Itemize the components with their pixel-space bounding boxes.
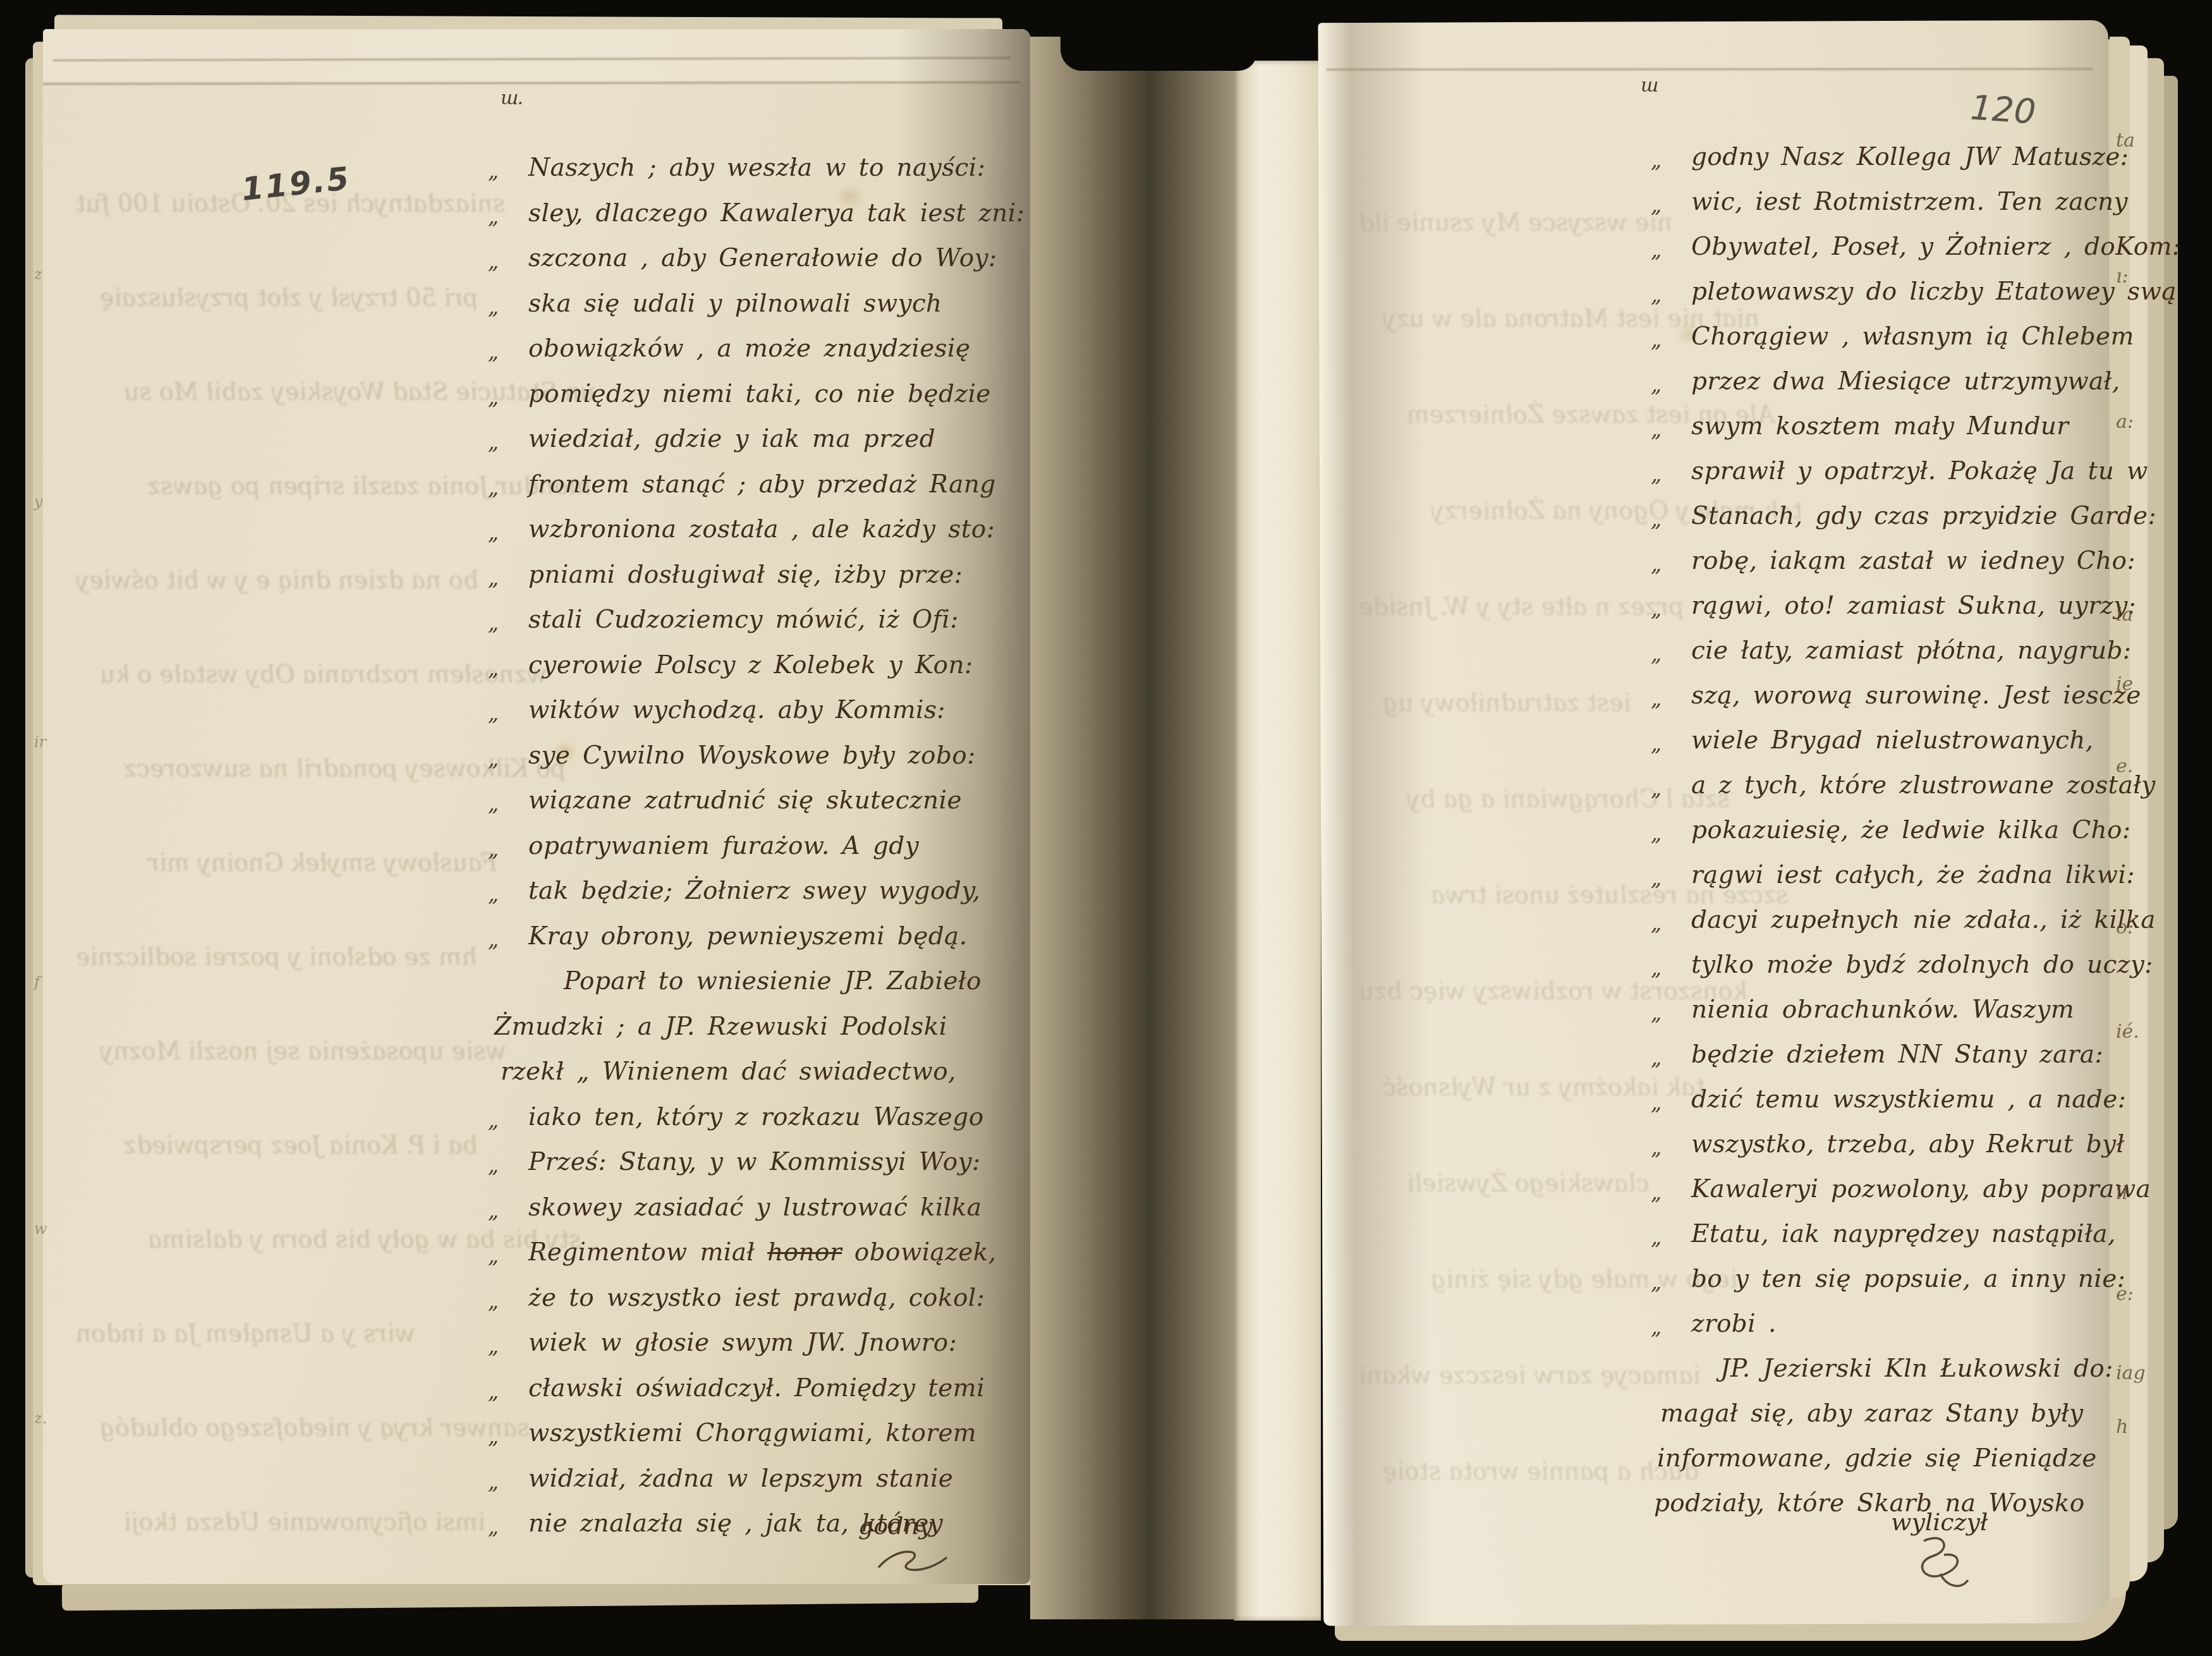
line-text: wiek w głosie swym JW. Jnowro: (528, 1329, 957, 1357)
line-text: sprawił y opatrzył. Pokażę Ja tu w (1691, 457, 2148, 485)
quote-mark: „ (488, 1109, 528, 1132)
manuscript-line: „Etatu, iak nayprędzey nastąpiła, (1651, 1221, 2116, 1248)
manuscript-line: „Naszych ; aby weszła w to nayści: (488, 155, 985, 182)
quote-mark: „ (1651, 239, 1691, 262)
left-catchword: godny (858, 1512, 932, 1540)
manuscript-line: „wic, iest Rotmistrzem. Ten zacny (1651, 189, 2128, 216)
line-text: Kray obrony, pewnieyszemi będą. (528, 922, 967, 951)
edge-ink-fragment: z (34, 265, 42, 283)
line-text: wiązane zatrudnić się skutecznie (528, 786, 962, 815)
quote-mark: „ (488, 160, 528, 183)
line-text: robę, iakąm zastał w iedney Cho: (1691, 547, 2136, 575)
quote-mark: „ (1651, 508, 1691, 531)
manuscript-line: „obowiązków , a może znaydziesię (488, 336, 970, 363)
page-crease (43, 82, 1020, 85)
quote-mark: „ (1651, 777, 1691, 800)
edge-ink-fragment: ta (2116, 130, 2135, 152)
bleedthrough-line: hm ze odsłoni y pozrei sodlicznie (75, 943, 478, 971)
quote-mark: „ (488, 567, 528, 590)
edge-ink-fragment: e: (2116, 1283, 2134, 1305)
edge-ink-fragment: w (34, 1220, 47, 1238)
edge-ink-fragment: f (34, 973, 40, 991)
line-text: Naszych ; aby weszła w to nayści: (528, 154, 985, 182)
line-text: a z tych, które zlustrowane zostały (1691, 771, 2156, 800)
quote-mark: „ (1651, 957, 1691, 980)
manuscript-line: „sley, dlaczego Kawalerya tak iest zni: (488, 200, 1024, 228)
manuscript-line: „Regimentow miał honor obowiązek, (488, 1239, 997, 1267)
bleedthrough-line: clawskiego Żywsieli (1406, 1169, 1651, 1197)
manuscript-line: „Kray obrony, pewnieyszemi będą. (488, 923, 967, 951)
line-text: tak będzie; Żołnierz swey wygody, (528, 877, 980, 905)
quote-mark: „ (1651, 1181, 1691, 1204)
line-text: że to wszystko iest prawdą, cokol: (528, 1284, 985, 1312)
manuscript-line: „pletowawszy do liczby Etatowey swą (1651, 279, 2177, 306)
gutter-top-shadow (1060, 0, 1256, 71)
manuscript-line: „robę, iakąm zastał w iedney Cho: (1651, 548, 2136, 575)
manuscript-line: „dacyi zupełnych nie zdała., iż kilka (1651, 907, 2156, 934)
line-text: wzbroniona została , ale każdy sto: (528, 515, 995, 544)
quote-mark: „ (488, 657, 528, 680)
page-crease (1326, 68, 2093, 71)
left-catchword-flourish (872, 1542, 961, 1580)
line-text: nienia obrachunków. Waszym (1691, 995, 2074, 1024)
line-text: swym kosztem mały Mundur (1691, 412, 2069, 441)
bleedthrough-line: iest zatrudniłowy ug (1382, 689, 1633, 717)
bleedthrough-line: bo na dzien dnią e y w bit oświey (75, 566, 480, 594)
edge-ink-fragment: h (2116, 1416, 2128, 1438)
manuscript-line: „szą, worową surowinę. Jest iescze (1651, 683, 2141, 710)
quote-mark: „ (488, 1245, 528, 1267)
line-text: skowey zasiadać y lustrować kilka (528, 1193, 981, 1222)
manuscript-line: „pniami dosługiwał się, iżby prze: (488, 562, 963, 589)
quote-mark: „ (1651, 733, 1691, 755)
line-text: Prześ: Stany, y w Kommissyi Woy: (528, 1148, 981, 1176)
manuscript-line: „swym kosztem mały Mundur (1651, 413, 2069, 441)
line-text: rzekł „ Winienem dać swiadectwo, (501, 1057, 956, 1086)
manuscript-line: „Kawaleryi pozwolony, aby poprawa (1651, 1176, 2151, 1203)
manuscript-line: „zrobi . (1651, 1311, 1777, 1338)
quote-mark: „ (488, 748, 528, 770)
manuscript-line: „a z tych, które zlustrowane zostały (1651, 772, 2156, 800)
manuscript-line: „szczona , aby Generałowie do Woy: (488, 245, 997, 272)
quote-mark: „ (1651, 1226, 1691, 1249)
line-text: będzie dziełem NN Stany zara: (1691, 1040, 2103, 1069)
line-text: Obywatel, Poseł, y Żołnierz , doKom: (1691, 233, 2181, 261)
manuscript-line: „tylko może bydź zdolnych do uczy: (1651, 952, 2153, 979)
manuscript-line: podziały, które Skarb na Woysko (1651, 1490, 2085, 1518)
manuscript-line: informowane, gdzie się Pieniądze (1651, 1446, 2097, 1473)
edge-ink-fragment: ir (34, 733, 46, 751)
quote-mark: „ (488, 341, 528, 363)
quote-mark: „ (1651, 149, 1691, 172)
line-text: wszystkiemi Chorągwiami, ktorem (528, 1419, 976, 1447)
quote-mark: „ (1651, 867, 1691, 890)
line-text: Chorągiew , własnym ią Chlebem (1691, 322, 2134, 351)
line-text: szą, worową surowinę. Jest iescze (1691, 681, 2141, 710)
quote-mark: „ (488, 928, 528, 951)
quote-mark: „ (1651, 912, 1691, 935)
quote-mark: „ (488, 838, 528, 861)
line-text: tylko może bydź zdolnych do uczy: (1691, 951, 2153, 979)
manuscript-line: „cie łaty, zamiast płótna, naygrub: (1651, 638, 2131, 665)
edge-ink-fragment: ié. (2116, 1021, 2139, 1043)
quote-mark: „ (1651, 598, 1691, 621)
quote-mark: „ (1651, 284, 1691, 307)
line-text: wiedział, gdzie y iak ma przed (528, 425, 935, 453)
inner-page-edge (1234, 61, 1321, 1621)
manuscript-line: „cyerowie Polscy z Kolebek y Kon: (488, 652, 973, 679)
manuscript-line: „wiele Brygad nielustrowanych, (1651, 728, 2094, 755)
book-gutter (1030, 37, 1236, 1619)
quote-mark: „ (1651, 643, 1691, 666)
quote-mark: „ (488, 205, 528, 228)
line-text: dzić temu wszystkiemu , a nade: (1691, 1085, 2126, 1114)
line-text: cie łaty, zamiast płótna, naygrub: (1691, 636, 2131, 665)
line-text: Stanach, gdy czas przyidzie Garde: (1691, 502, 2156, 530)
line-text: frontem stanąć ; aby przedaż Rang (528, 470, 996, 499)
manuscript-line: „stali Cudzoziemcy mówić, iż Ofi: (488, 607, 959, 634)
quote-mark: „ (1651, 1136, 1691, 1159)
bleedthrough-line: nie wszysce My zsunie ild (1358, 209, 1674, 236)
quote-mark: „ (488, 1200, 528, 1222)
line-text: stali Cudzoziemcy mówić, iż Ofi: (528, 606, 959, 634)
manuscript-line: „opatrywaniem furażow. A gdy (488, 833, 919, 860)
line-text: Żmudzki ; a JP. Rzewuski Podolski (494, 1013, 947, 1041)
line-text: bo y ten się popsuie, a inny nie: (1691, 1265, 2125, 1293)
line-text: widział, żadna w lepszym stanie (528, 1464, 953, 1493)
line-text: pomiędzy niemi taki, co nie będzie (528, 380, 991, 408)
quote-mark: „ (488, 521, 528, 544)
bleedthrough-line: sanwer kryą y niedofszego obludóg (99, 1414, 531, 1442)
line-text: iako ten, który z rozkazu Waszego (528, 1103, 984, 1131)
left-page-top-edge (43, 29, 1030, 81)
quote-mark: „ (1651, 418, 1691, 441)
quote-mark: „ (488, 250, 528, 273)
line-text: szczona , aby Generałowie do Woy: (528, 244, 997, 272)
line-text: Etatu, iak nayprędzey nastąpiła, (1691, 1220, 2116, 1248)
quote-mark: „ (488, 431, 528, 454)
line-text: podziały, które Skarb na Woysko (1654, 1489, 2085, 1518)
manuscript-line: „wiek w głosie swym JW. Jnowro: (488, 1330, 957, 1357)
quote-mark: „ (1651, 822, 1691, 845)
line-text: Kawaleryi pozwolony, aby poprawa (1691, 1175, 2151, 1203)
bleedthrough-line: wirs y a Usnąłem Ja a indon (75, 1320, 417, 1348)
manuscript-line: „pokazuiesię, że ledwie kilka Cho: (1651, 817, 2130, 844)
bleedthrough-line: Fausłowy smyłek Gnoiny mir (147, 849, 499, 877)
line-text: obowiązek, (842, 1238, 997, 1267)
line-text: ska się udali y pilnowali swych (528, 289, 942, 318)
quote-mark: „ (488, 1154, 528, 1177)
edge-ink-fragment: a: (2116, 411, 2134, 433)
manuscript-line: „wzbroniona została , ale każdy sto: (488, 516, 995, 544)
manuscript-line: „skowey zasiadać y lustrować kilka (488, 1195, 981, 1222)
quote-mark: „ (1651, 329, 1691, 351)
line-text: obowiązków , a może znaydziesię (528, 334, 970, 363)
quote-mark: „ (488, 1335, 528, 1358)
quote-mark: „ (488, 702, 528, 725)
manuscript-line: „rągwi, oto! zamiast Sukna, uyrzy: (1651, 593, 2136, 620)
quote-mark: „ (488, 1471, 528, 1494)
manuscript-line: „sprawił y opatrzył. Pokażę Ja tu w (1651, 458, 2148, 485)
line-text: Regimentow miał (528, 1238, 767, 1267)
edge-ink-fragment: ił (2116, 1182, 2128, 1204)
manuscript-line: „wiktów wychodzą. aby Kommis: (488, 697, 945, 724)
edge-ink-fragment: z. (34, 1409, 47, 1427)
line-text: Poparł to wniesienie JP. Zabieło (564, 967, 981, 995)
manuscript-scan: sniazdatnych ies 20. Ostoiu 100 futpri 5… (0, 0, 2212, 1656)
quote-mark: „ (1651, 688, 1691, 710)
quote-mark: „ (1651, 374, 1691, 396)
quote-mark: „ (488, 296, 528, 319)
fore-edge-stack (2130, 46, 2148, 1581)
bleedthrough-line: ba i P. Konia Joez perspwiedz (123, 1131, 480, 1159)
edge-ink-fragment: o: (2116, 916, 2134, 939)
line-text: pokazuiesię, że ledwie kilka Cho: (1691, 816, 2130, 844)
struck-word: honor (767, 1238, 842, 1267)
quote-mark: „ (488, 386, 528, 409)
manuscript-line: „wiązane zatrudnić się skutecznie (488, 788, 962, 815)
manuscript-line: „sye Cywilno Woyskowe były zobo: (488, 743, 976, 770)
line-text: JP. Jezierski Kln Łukowski do: (1720, 1355, 2113, 1383)
right-page-number: 120 (1969, 87, 2037, 131)
quote-mark: „ (1651, 1092, 1691, 1114)
edge-ink-fragment: e. (2116, 755, 2133, 777)
manuscript-line: „frontem stanąć ; aby przedaż Rang (488, 472, 996, 499)
line-text: informowane, gdzie się Pieniądze (1657, 1444, 2097, 1473)
bleedthrough-line: wznosłem rozbrania Oby wstałe o ku (99, 661, 549, 688)
manuscript-line: „widział, żadna w lepszym stanie (488, 1466, 953, 1493)
quote-mark: „ (488, 1425, 528, 1448)
quote-mark: „ (488, 793, 528, 815)
right-section-mark: ш (1641, 75, 1657, 97)
manuscript-line: „wszystko, trzeba, aby Rekrut był (1651, 1131, 2125, 1159)
manuscript-line: „ska się udali y pilnowali swych (488, 291, 942, 318)
line-text: zrobi . (1691, 1310, 1777, 1338)
line-text: przez dwa Miesiące utrzymywał, (1691, 367, 2120, 396)
quote-mark: „ (488, 883, 528, 906)
line-text: godny Nasz Kollega JW Matusze: (1691, 143, 2129, 171)
bleedthrough-line: pri 50 trzysł y złot przysłuszaię (99, 284, 480, 312)
quote-mark: „ (488, 1380, 528, 1403)
manuscript-line: „rągwi iest całych, że żadna likwi: (1651, 862, 2135, 889)
line-text: opatrywaniem furażow. A gdy (528, 832, 919, 860)
manuscript-line: „pomiędzy niemi taki, co nie będzie (488, 381, 991, 408)
quote-mark: „ (1651, 1047, 1691, 1069)
edge-ink-fragment: ie (2116, 673, 2133, 695)
quote-mark: „ (488, 477, 528, 499)
line-text: wiktów wychodzą. aby Kommis: (528, 696, 945, 724)
manuscript-line: „przez dwa Miesiące utrzymywał, (1651, 368, 2120, 396)
manuscript-line: „dzić temu wszystkiemu , a nade: (1651, 1087, 2126, 1114)
quote-mark: „ (488, 1516, 528, 1538)
line-text: wiele Brygad nielustrowanych, (1691, 726, 2094, 755)
manuscript-line: „Chorągiew , własnym ią Chlebem (1651, 324, 2134, 351)
line-text: pniami dosługiwał się, iżby prze: (528, 561, 963, 589)
quote-mark: „ (1651, 463, 1691, 486)
manuscript-line: „będzie dziełem NN Stany zara: (1651, 1042, 2103, 1069)
manuscript-line: JP. Jezierski Kln Łukowski do: (1651, 1356, 2113, 1383)
line-text: rągwi iest całych, że żadna likwi: (1691, 861, 2135, 889)
right-catchword: wyliczył (1891, 1508, 1988, 1536)
manuscript-line: „iako ten, który z rozkazu Waszego (488, 1104, 984, 1131)
line-text: pletowawszy do liczby Etatowey swą (1691, 277, 2177, 306)
edge-ink-fragment: ı: (2116, 265, 2129, 288)
bleedthrough-line: imsi oficynowanie Udsza tkoji (123, 1508, 487, 1536)
left-section-mark: ш. (501, 87, 522, 109)
line-text: sye Cywilno Woyskowe były zobo: (528, 741, 976, 770)
bleedthrough-line: przez n ałte sty y W. Jnside (1358, 593, 1686, 621)
quote-mark: „ (1651, 553, 1691, 576)
quote-mark: „ (488, 1290, 528, 1313)
quote-mark: „ (1651, 194, 1691, 217)
manuscript-line: „wiedział, gdzie y iak ma przed (488, 426, 935, 453)
manuscript-line: „Prześ: Stany, y w Kommissyi Woy: (488, 1149, 981, 1176)
manuscript-line: „tak będzie; Żołnierz swey wygody, (488, 878, 980, 905)
line-text: magał się, aby zaraz Stany były (1660, 1399, 2083, 1428)
quote-mark: „ (488, 612, 528, 635)
quote-mark: „ (1651, 1316, 1691, 1339)
manuscript-line: „nienia obrachunków. Waszym (1651, 997, 2074, 1024)
line-text: wic, iest Rotmistrzem. Ten zacny (1691, 188, 2128, 216)
manuscript-line: Poparł to wniesienie JP. Zabieło (488, 968, 981, 995)
manuscript-line: Żmudzki ; a JP. Rzewuski Podolski (488, 1014, 947, 1041)
right-catchword-paraph (1902, 1536, 2003, 1605)
line-text: rągwi, oto! zamiast Sukna, uyrzy: (1691, 592, 2136, 620)
edge-ink-fragment: ia (2116, 604, 2133, 626)
edge-ink-fragment: y (34, 493, 43, 511)
manuscript-line: „że to wszystko iest prawdą, cokol: (488, 1285, 985, 1312)
quote-mark: „ (1651, 1271, 1691, 1294)
manuscript-line: magał się, aby zaraz Stany były (1651, 1401, 2083, 1428)
quote-mark: „ (1651, 1002, 1691, 1025)
manuscript-line: „Obywatel, Poseł, y Żołnierz , doKom: (1651, 234, 2181, 261)
line-text: sley, dlaczego Kawalerya tak iest zni: (528, 199, 1024, 228)
line-text: cławski oświadczył. Pomiędzy temi (528, 1374, 985, 1403)
manuscript-line: „wszystkiemi Chorągwiami, ktorem (488, 1420, 976, 1447)
manuscript-line: „cławski oświadczył. Pomiędzy temi (488, 1375, 985, 1403)
manuscript-line: „godny Nasz Kollega JW Matusze: (1651, 144, 2129, 171)
edge-ink-fragment: iag (2116, 1362, 2146, 1384)
line-text: wszystko, trzeba, aby Rekrut był (1691, 1130, 2125, 1159)
bleedthrough-line: wsie uposażenia sej noszli Mozny (99, 1037, 508, 1065)
manuscript-line: „Stanach, gdy czas przyidzie Garde: (1651, 503, 2156, 530)
line-text: dacyi zupełnych nie zdała., iż kilka (1691, 906, 2156, 934)
line-text: cyerowie Polscy z Kolebek y Kon: (528, 651, 973, 679)
manuscript-line: rzekł „ Winienem dać swiadectwo, (488, 1059, 956, 1086)
manuscript-line: „bo y ten się popsuie, a inny nie: (1651, 1266, 2125, 1293)
